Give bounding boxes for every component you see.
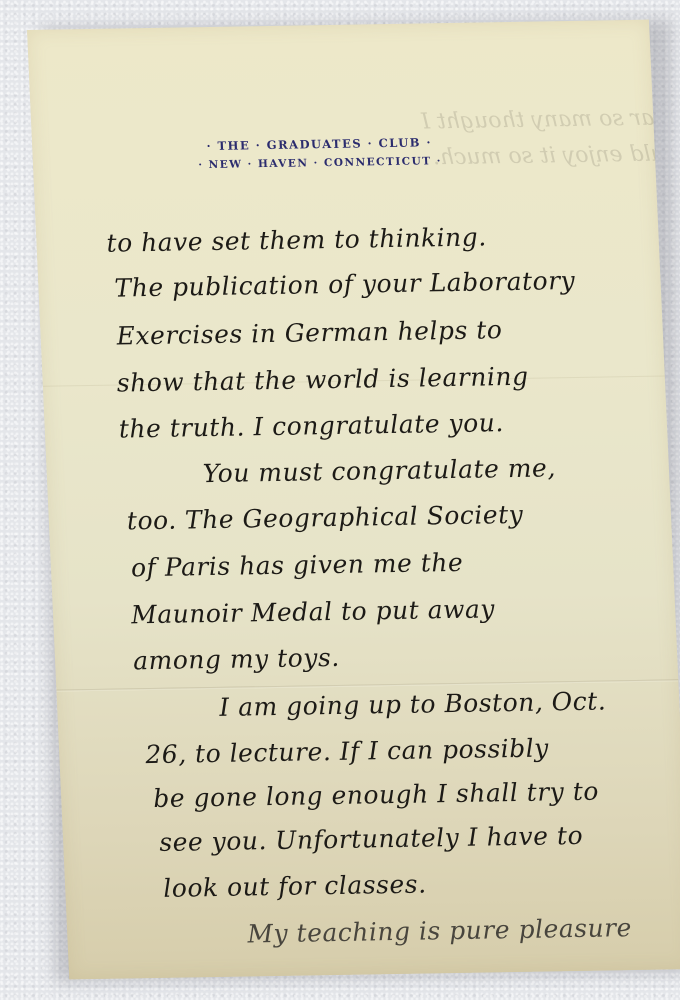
letter-line: to have set them to thinking. xyxy=(106,222,487,257)
letter-page: this year so many thought I should enjoy… xyxy=(27,20,680,980)
letter-line: You must congratulate me, xyxy=(202,453,556,488)
letter-line: among my toys. xyxy=(132,643,340,675)
letterhead-location: · NEW · HAVEN · CONNECTICUT · xyxy=(27,152,631,174)
letter-line: The publication of your Laboratory xyxy=(114,266,576,303)
bleed-through-line-1: this year so many thought I xyxy=(421,104,680,134)
letter-line: look out for classes. xyxy=(163,870,427,903)
letter-line: 26, to lecture. If I can possibly xyxy=(145,733,550,769)
letter-line: I am going up to Boston, Oct. xyxy=(219,686,607,721)
letter-body: to have set them to thinking. The public… xyxy=(122,180,642,189)
letter-line: the truth. I congratulate you. xyxy=(118,408,504,443)
letter-line: see you. Unfortunately I have to xyxy=(159,821,584,857)
letter-line: too. The Geographical Society xyxy=(126,500,524,536)
letter-line: Maunoir Medal to put away xyxy=(130,594,495,629)
letter-line: be gone long enough I shall try to xyxy=(153,777,600,813)
letter-line: Exercises in German helps to xyxy=(116,315,503,350)
letter-line: show that the world is learning xyxy=(116,362,529,398)
letter-line: My teaching is pure pleasure xyxy=(247,913,633,948)
letter-line: of Paris has given me the xyxy=(130,548,463,582)
